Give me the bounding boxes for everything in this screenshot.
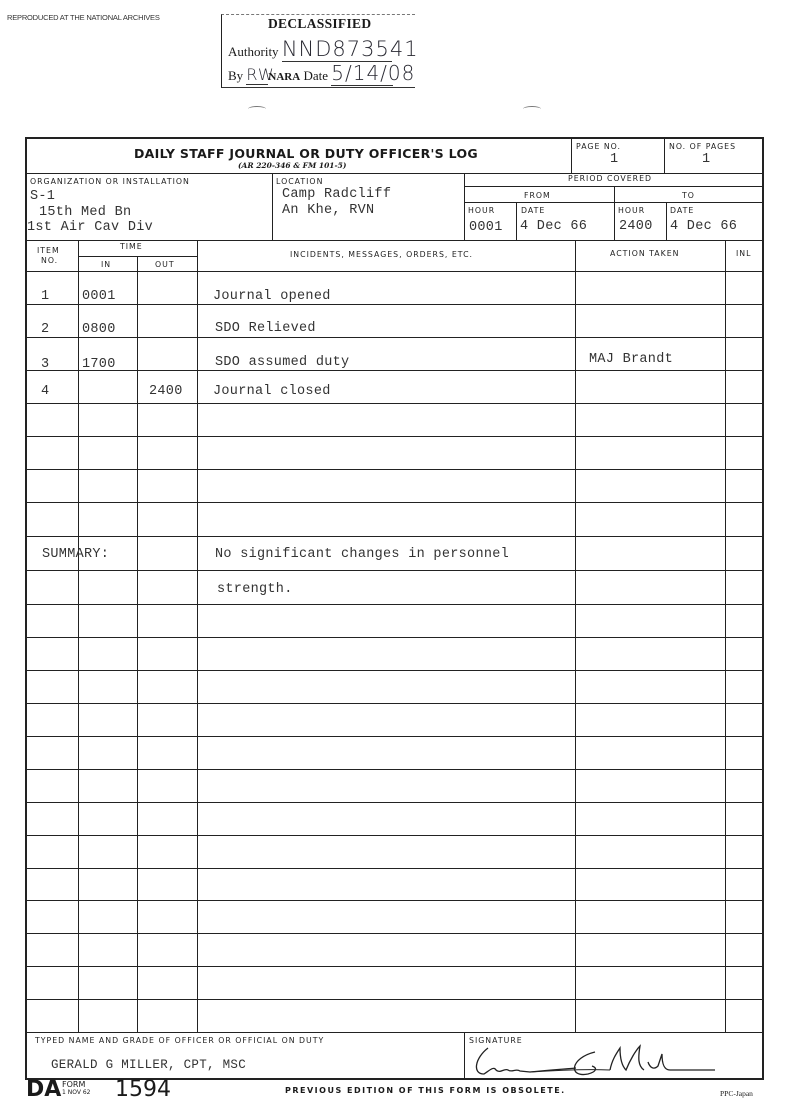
row-divider [27, 966, 762, 967]
row-divider [27, 703, 762, 704]
incidents-header: INCIDENTS, MESSAGES, ORDERS, ETC. [290, 250, 473, 259]
divider [666, 202, 667, 240]
row-divider [27, 900, 762, 901]
row-divider [27, 670, 762, 671]
table-bottom-border [27, 1032, 762, 1033]
by-row: By RWNARA Date 5/14/08 [228, 61, 393, 86]
item-no-header-line2: NO. [41, 256, 58, 265]
column-divider [78, 240, 79, 1032]
from-hour-value: 0001 [469, 220, 503, 235]
row-divider [27, 736, 762, 737]
to-hour-label: HOUR [618, 206, 645, 215]
location-line-2: An Khe, RVN [282, 203, 374, 218]
declassification-stamp: DECLASSIFIED Authority NND873541 By RWNA… [221, 14, 415, 88]
column-divider [575, 240, 576, 1032]
row-divider [27, 637, 762, 638]
time-header: TIME [120, 242, 143, 251]
column-divider [137, 256, 138, 1032]
time-in-header: IN [101, 260, 111, 269]
authority-value: NND873541 [282, 37, 392, 62]
column-divider [197, 240, 198, 1032]
row-divider [27, 933, 762, 934]
summary-line-2: strength. [217, 582, 293, 597]
divider [27, 240, 762, 241]
organization-label: ORGANIZATION OR INSTALLATION [30, 177, 190, 186]
item-number: 3 [41, 357, 49, 372]
divider [78, 256, 197, 257]
form-da-label: DA [26, 1079, 61, 1101]
to-hour-value: 2400 [619, 219, 653, 234]
divider [464, 186, 762, 187]
action-taken: MAJ Brandt [589, 352, 673, 367]
to-date-label: DATE [670, 206, 694, 215]
form-word: FORM [62, 1081, 90, 1089]
action-taken-header: ACTION TAKEN [610, 249, 680, 258]
summary-line-1: No significant changes in personnel [215, 547, 509, 562]
page-no-value: 1 [610, 152, 618, 167]
organization-line-1: S-1 [30, 189, 55, 204]
row-divider [27, 536, 762, 537]
officer-name: GERALD G MILLER, CPT, MSC [51, 1058, 246, 1072]
incident-text: SDO assumed duty [215, 355, 349, 370]
time-in: 0001 [82, 289, 116, 304]
to-date-value: 4 Dec 66 [670, 219, 737, 234]
divider [464, 173, 465, 240]
row-divider [27, 502, 762, 503]
row-divider [27, 570, 762, 571]
row-divider [27, 337, 762, 338]
inl-header: INL [736, 249, 751, 258]
agency-label: NARA [268, 71, 300, 83]
row-divider [27, 436, 762, 437]
divider [614, 186, 615, 240]
row-divider [27, 802, 762, 803]
from-label: FROM [524, 191, 551, 200]
printer-mark: PPC-Japan [720, 1089, 753, 1098]
to-label: TO [682, 191, 695, 200]
row-divider [27, 868, 762, 869]
divider [664, 139, 665, 173]
form-number: 1594 [115, 1079, 171, 1101]
punch-mark-right [523, 106, 541, 112]
num-pages-label: NO. OF PAGES [669, 142, 736, 151]
form-title: DAILY STAFF JOURNAL OR DUTY OFFICER'S LO… [134, 146, 478, 161]
from-date-value: 4 Dec 66 [520, 219, 587, 234]
authority-label: Authority [228, 44, 279, 59]
location-line-1: Camp Radcliff [282, 187, 391, 202]
divider [272, 173, 273, 240]
item-number: 1 [41, 289, 49, 304]
time-in: 0800 [82, 322, 116, 337]
incident-text: Journal closed [213, 384, 331, 399]
row-divider [27, 271, 762, 272]
officer-name-label: TYPED NAME AND GRADE OF OFFICER OR OFFIC… [35, 1036, 324, 1045]
form-date: 1 NOV 62 [62, 1089, 90, 1097]
incident-text: SDO Relieved [215, 321, 316, 336]
row-divider [27, 835, 762, 836]
divider [571, 139, 572, 173]
daily-staff-journal-form: DAILY STAFF JOURNAL OR DUTY OFFICER'S LO… [25, 137, 764, 1080]
divider [464, 1032, 465, 1078]
period-covered-label: PERIOD COVERED [568, 174, 652, 183]
row-divider [27, 769, 762, 770]
previous-edition-note: PREVIOUS EDITION OF THIS FORM IS OBSOLET… [285, 1086, 566, 1095]
form-label: FORM 1 NOV 62 [62, 1081, 90, 1097]
stamp-title: DECLASSIFIED [268, 16, 371, 32]
signature-scribble [470, 1040, 720, 1080]
divider [516, 202, 517, 240]
punch-mark-left [248, 106, 266, 112]
by-initials: RW [246, 65, 268, 85]
date-label: Date [303, 68, 328, 83]
page-no-label: PAGE NO. [576, 142, 621, 151]
from-hour-label: HOUR [468, 206, 495, 215]
row-divider [27, 370, 762, 371]
time-out-header: OUT [155, 260, 175, 269]
row-divider [27, 403, 762, 404]
summary-label: SUMMARY: [42, 547, 109, 562]
authority-row: Authority NND873541 [228, 37, 392, 62]
location-label: LOCATION [276, 177, 323, 186]
row-divider [27, 604, 762, 605]
incident-text: Journal opened [213, 289, 331, 304]
column-divider [725, 240, 726, 1032]
time-in: 1700 [82, 357, 116, 372]
organization-line-2: 15th Med Bn [39, 205, 131, 220]
item-no-header-line1: ITEM [37, 246, 60, 255]
from-date-label: DATE [521, 206, 545, 215]
num-pages-value: 1 [702, 152, 710, 167]
archive-reproduction-note: REPRODUCED AT THE NATIONAL ARCHIVES [7, 13, 160, 22]
row-divider [27, 469, 762, 470]
by-label: By [228, 68, 243, 83]
form-subtitle: (AR 220-346 & FM 101-5) [238, 161, 346, 170]
organization-line-3: 1st Air Cav Div [27, 220, 153, 235]
divider [464, 202, 762, 203]
row-divider [27, 304, 762, 305]
item-number: 2 [41, 322, 49, 337]
item-number: 4 [41, 384, 49, 399]
time-out: 2400 [149, 384, 183, 399]
declass-date: 5/14/08 [331, 61, 393, 86]
row-divider [27, 999, 762, 1000]
